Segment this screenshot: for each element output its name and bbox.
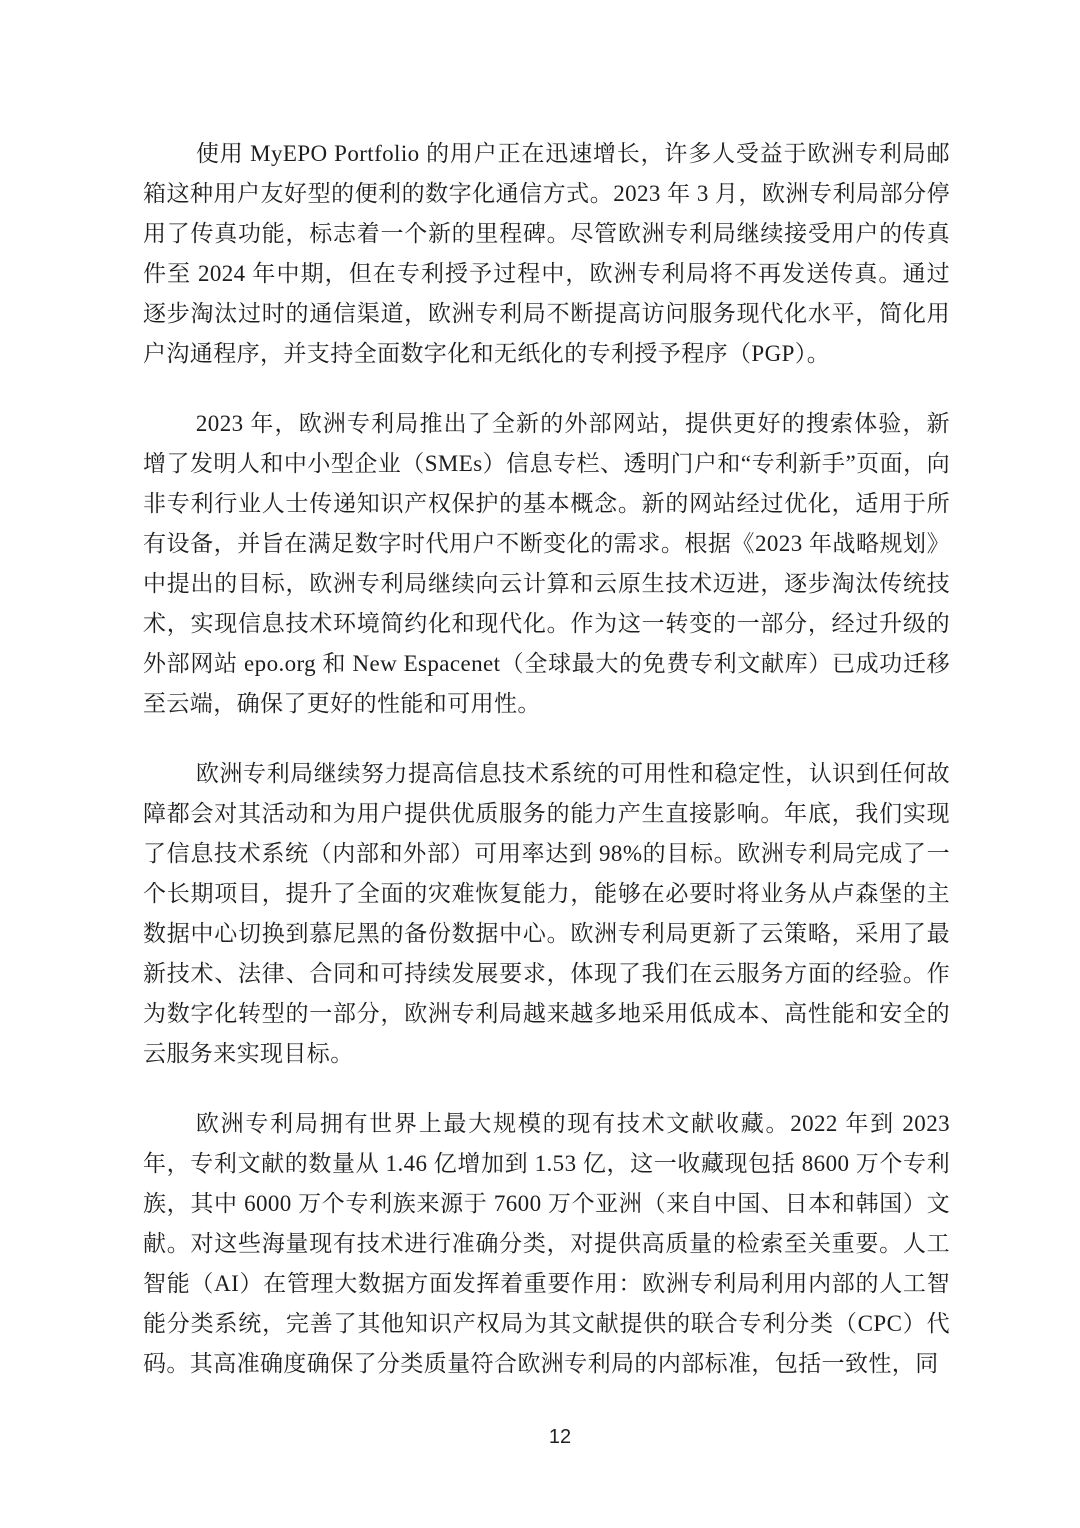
body-paragraph-new-website: 2023 年，欧洲专利局推出了全新的外部网站，提供更好的搜索体验，新增了发明人和… bbox=[143, 404, 950, 724]
document-body: 使用 MyEPO Portfolio 的用户正在迅速增长，许多人受益于欧洲专利局… bbox=[143, 134, 950, 1384]
body-paragraph-prior-art-collection: 欧洲专利局拥有世界上最大规模的现有技术文献收藏。2022 年到 2023 年，专… bbox=[143, 1104, 950, 1384]
page-number: 12 bbox=[0, 1426, 1080, 1449]
body-paragraph-it-systems: 欧洲专利局继续努力提高信息技术系统的可用性和稳定性，认识到任何故障都会对其活动和… bbox=[143, 754, 950, 1074]
document-page: 使用 MyEPO Portfolio 的用户正在迅速增长，许多人受益于欧洲专利局… bbox=[0, 0, 1080, 1528]
body-paragraph-myepo-portfolio: 使用 MyEPO Portfolio 的用户正在迅速增长，许多人受益于欧洲专利局… bbox=[143, 134, 950, 374]
